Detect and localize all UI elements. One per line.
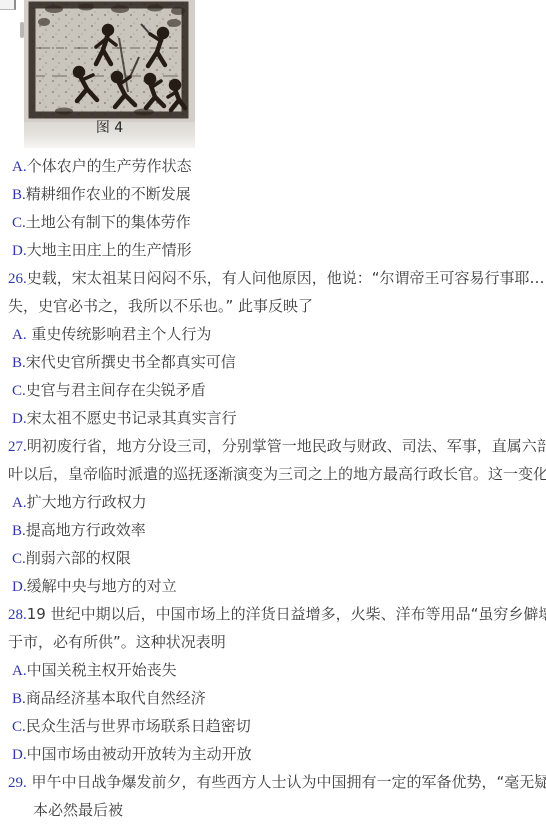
question-stem-line: 29. 甲午中日战争爆发前夕，有些西方人士认为中国拥有一定的军备优势，“毫无疑问… (0, 768, 546, 796)
option-text: 削弱六部的权限 (26, 549, 131, 567)
option-text: 精耕细作农业的不断发展 (26, 185, 191, 203)
option-label: C. (12, 719, 26, 735)
option-text: 商品经济基本取代自然经济 (26, 689, 206, 707)
option-line: A. 重史传统影响君主个人行为 (0, 320, 546, 348)
stem-text: 19 世纪中期以后，中国市场上的洋货日益增多，火柴、洋布等用品“虽穷乡僻壤，求之 (27, 605, 546, 623)
option-line: D.宋太祖不愿史书记录其真实言行 (0, 404, 546, 432)
option-text: 史官与君主间存在尖锐矛盾 (26, 381, 206, 399)
question-list: A.个体农户的生产劳作状态 B.精耕细作农业的不断发展 C.土地公有制下的集体劳… (0, 152, 546, 824)
stem-text: 史载，宋太祖某日闷闷不乐，有人问他原因，他说：“尔谓帝王可容易行事耶……偶有误 (27, 269, 546, 287)
option-text: 民众生活与世界市场联系日趋密切 (26, 717, 251, 735)
option-label: B. (12, 355, 26, 371)
option-label: C. (12, 215, 26, 231)
option-label: B. (12, 691, 26, 707)
option-text: 缓解中央与地方的对立 (27, 577, 177, 595)
stem-text: 失，史官必书之，我所以不乐也。” 此事反映了 (8, 297, 313, 315)
option-line: B.宋代史官所撰史书全都真实可信 (0, 348, 546, 376)
option-line: A.中国关税主权开始丧失 (0, 656, 546, 684)
option-label: D. (12, 579, 27, 595)
option-line: A.扩大地方行政权力 (0, 488, 546, 516)
stem-text: 叶以后，皇帝临时派遣的巡抚逐渐演变为三司之上的地方最高行政长官。这一变化有助于 (8, 465, 546, 483)
exam-page: { "page": { "background": "#ffffff", "te… (0, 0, 546, 830)
stem-text: 甲午中日战争爆发前夕，有些西方人士认为中国拥有一定的军备优势，“毫无疑问的是日 (27, 773, 546, 791)
question-stem-line: 28.19 世纪中期以后，中国市场上的洋货日益增多，火柴、洋布等用品“虽穷乡僻壤… (0, 600, 546, 628)
option-line: D.缓解中央与地方的对立 (0, 572, 546, 600)
question-stem-line: 失，史官必书之，我所以不乐也。” 此事反映了 (0, 292, 546, 320)
question-stem-line: 叶以后，皇帝临时派遣的巡抚逐渐演变为三司之上的地方最高行政长官。这一变化有助于 (0, 460, 546, 488)
question-stem-line: 27.明初废行省，地方分设三司，分别掌管一地民政与财政、司法、军事，直属六部。明… (0, 432, 546, 460)
option-text: 宋代史官所撰史书全都真实可信 (26, 353, 236, 371)
option-line: C.民众生活与世界市场联系日趋密切 (0, 712, 546, 740)
corner-fragment (0, 0, 16, 10)
option-text: 中国关税主权开始丧失 (27, 661, 177, 679)
question-number: 27. (8, 439, 27, 455)
option-line: C.土地公有制下的集体劳作 (0, 208, 546, 236)
stem-text: 明初废行省，地方分设三司，分别掌管一地民政与财政、司法、军事，直属六部。明中 (27, 437, 546, 455)
option-label: D. (12, 411, 27, 427)
option-line: C.削弱六部的权限 (0, 544, 546, 572)
question-number: 28. (8, 607, 27, 623)
option-line: D.中国市场由被动开放转为主动开放 (0, 740, 546, 768)
question-number: 29. (8, 775, 27, 791)
question-stem-line: 本必然最后被 (0, 796, 546, 824)
stem-text: 本必然最后被 (33, 801, 123, 819)
option-line: D.大地主田庄上的生产情形 (0, 236, 546, 264)
option-text: 重史传统影响君主个人行为 (27, 325, 212, 343)
option-label: C. (12, 383, 26, 399)
option-label: D. (12, 243, 27, 259)
option-label: A. (12, 159, 27, 175)
option-label: A. (12, 327, 27, 343)
option-text: 提高地方行政效率 (26, 521, 146, 539)
question-stem-line: 26.史载，宋太祖某日闷闷不乐，有人问他原因，他说：“尔谓帝王可容易行事耶……偶… (0, 264, 546, 292)
option-label: B. (12, 187, 26, 203)
stone-rubbing-image (24, 0, 195, 122)
option-label: A. (12, 495, 27, 511)
option-line: B.精耕细作农业的不断发展 (0, 180, 546, 208)
option-label: C. (12, 551, 26, 567)
stem-text: 于市，必有所供”。这种状况表明 (8, 633, 226, 651)
option-line: A.个体农户的生产劳作状态 (0, 152, 546, 180)
option-text: 宋太祖不愿史书记录其真实言行 (27, 409, 237, 427)
question-stem-line: 于市，必有所供”。这种状况表明 (0, 628, 546, 656)
option-label: B. (12, 523, 26, 539)
figure-4: 图 4 (24, 0, 195, 148)
option-text: 扩大地方行政权力 (27, 493, 147, 511)
option-line: B.提高地方行政效率 (0, 516, 546, 544)
option-text: 大地主田庄上的生产情形 (27, 241, 192, 259)
question-number: 26. (8, 271, 27, 287)
option-text: 中国市场由被动开放转为主动开放 (27, 745, 252, 763)
option-text: 个体农户的生产劳作状态 (27, 157, 192, 175)
option-line: B.商品经济基本取代自然经济 (0, 684, 546, 712)
option-label: D. (12, 747, 27, 763)
figure-caption: 图 4 (24, 116, 195, 140)
option-line: C.史官与君主间存在尖锐矛盾 (0, 376, 546, 404)
option-label: A. (12, 663, 27, 679)
option-text: 土地公有制下的集体劳作 (26, 213, 191, 231)
